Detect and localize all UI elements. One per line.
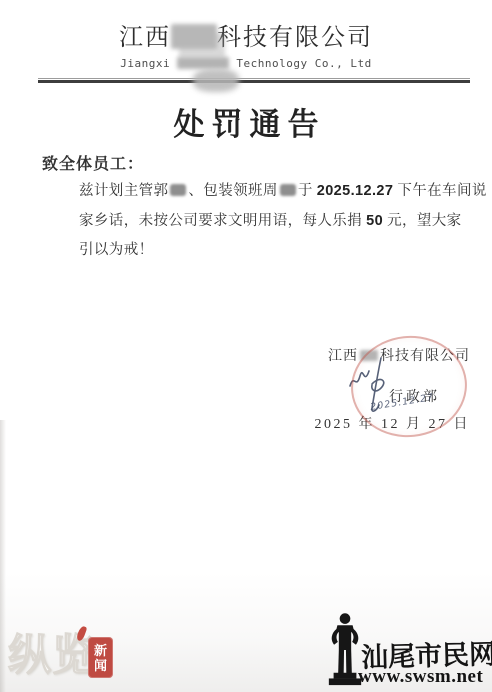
site-url: www.swsm.net xyxy=(358,666,483,688)
body-text: 于 xyxy=(298,183,317,199)
body-line-2: 家乡话，未按公司要求文明用语，每人乐捐 50 元，望大家 xyxy=(79,207,465,237)
news-watermark: 纵览 新 闻 xyxy=(8,624,223,686)
redaction-smudge-over-rule xyxy=(193,69,239,92)
body-text: 元，望大家 xyxy=(383,213,462,229)
rule-thick-line xyxy=(38,80,470,83)
company-name-en-prefix: Jiangxi xyxy=(120,57,170,70)
redacted-name-blur xyxy=(170,184,186,196)
body-line-3: 引以为戒！ xyxy=(79,236,465,266)
news-badge: 新 闻 xyxy=(88,637,113,678)
body-text: 下午在车间说 xyxy=(393,183,486,199)
incident-date: 2025.12.27 xyxy=(317,183,394,199)
badge-char-top: 新 xyxy=(88,643,113,658)
company-name-cn-suffix: 科技有限公司 xyxy=(217,25,373,51)
badge-char-bottom: 闻 xyxy=(88,658,113,673)
punishment-notice-photo: { "document": { "header": { "company_cn_… xyxy=(0,0,492,692)
fine-amount: 50 xyxy=(366,213,383,229)
body-text: 、包装领班周 xyxy=(188,183,277,199)
redacted-company-en-blur xyxy=(177,57,229,69)
photo-left-edge-shadow xyxy=(0,420,6,692)
notice-body: 兹计划主管郭、包装领班周于 2025.12.27 下午在车间说 家乡话，未按公司… xyxy=(79,177,465,266)
company-name-en: Jiangxi Technology Co., Ltd xyxy=(0,57,492,70)
redacted-company-name-blur xyxy=(171,24,217,49)
company-name-cn: 江西科技有限公司 xyxy=(0,17,492,52)
rule-thin-line xyxy=(38,78,470,79)
body-text: 引以为戒！ xyxy=(79,242,154,258)
header-double-rule xyxy=(38,78,470,83)
company-name-cn-prefix: 江西 xyxy=(119,25,171,51)
company-name-en-suffix: Technology Co., Ltd xyxy=(236,57,371,70)
body-text: 兹计划主管郭 xyxy=(79,183,168,199)
citizen-site-watermark: 汕尾市民网 www.swsm.net xyxy=(324,608,492,692)
redacted-name-blur xyxy=(280,184,296,196)
notice-title: 处罚通告 xyxy=(0,99,492,144)
body-text: 家乡话，未按公司要求文明用语，每人乐捐 xyxy=(79,213,366,229)
salutation: 致全体员工： xyxy=(42,151,144,174)
body-line-1: 兹计划主管郭、包装领班周于 2025.12.27 下午在车间说 xyxy=(79,177,465,207)
